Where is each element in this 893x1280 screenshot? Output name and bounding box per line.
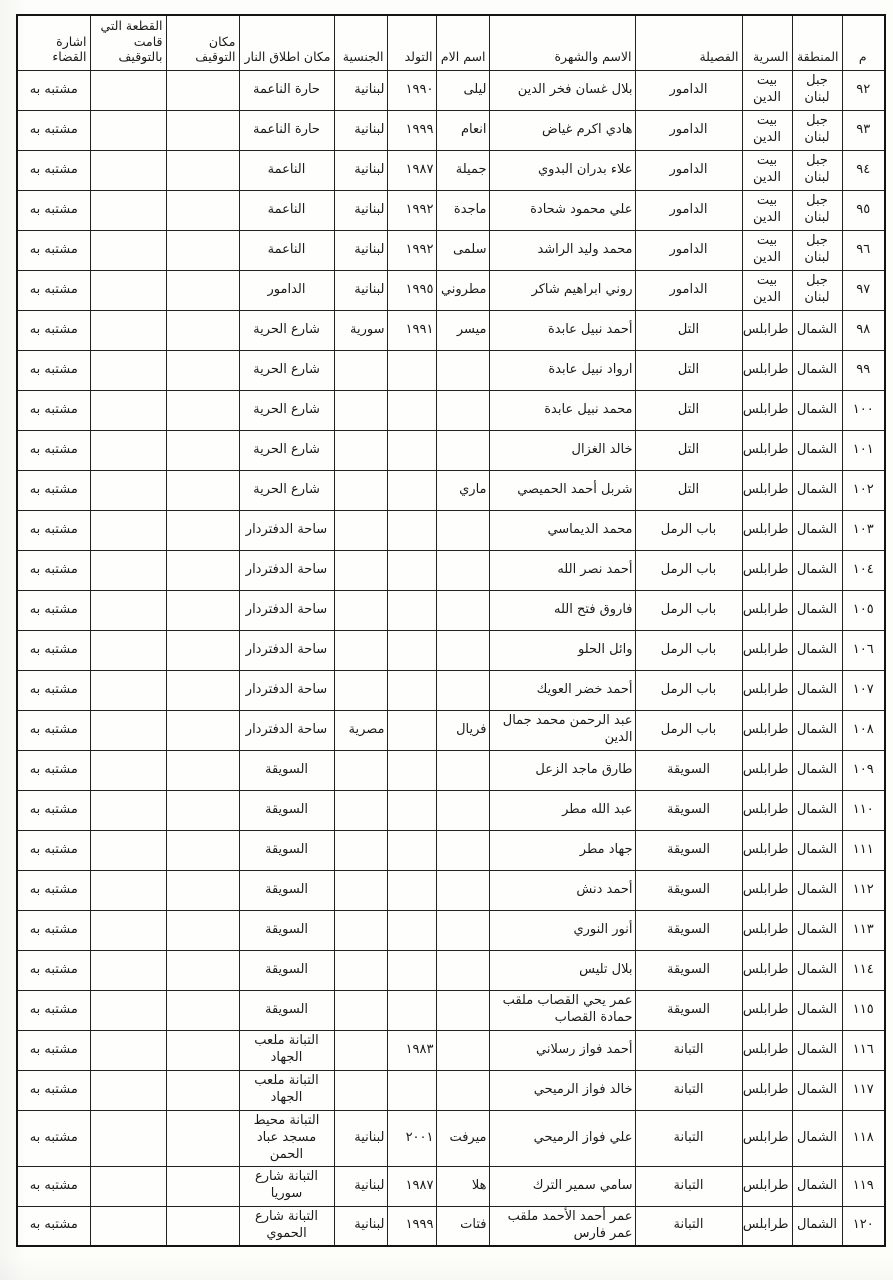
cell-mother: فريال (436, 710, 489, 750)
cell-platoon: التل (635, 350, 742, 390)
cell-unit (90, 110, 166, 150)
cell-platoon: التبانة (635, 1206, 742, 1246)
cell-num: ٩٦ (842, 230, 885, 270)
cell-nat: لبنانية (334, 230, 387, 270)
cell-shoot: التبانة شارع الحموي (239, 1206, 334, 1246)
cell-region: جبل لبنان (792, 150, 842, 190)
cell-num: ٩٢ (842, 70, 885, 110)
table-row: ٩٣جبل لبنانبيت الدينالدامورهادي اكرم غيا… (17, 110, 885, 150)
cell-shoot: شارع الحرية (239, 430, 334, 470)
cell-nat: لبنانية (334, 190, 387, 230)
cell-nat (334, 350, 387, 390)
cell-shoot: السويقة (239, 950, 334, 990)
cell-shoot: شارع الحرية (239, 470, 334, 510)
cell-company: طرابلس (742, 390, 792, 430)
cell-name: محمد وليد الراشد (489, 230, 635, 270)
cell-birth (387, 830, 436, 870)
cell-shoot: السويقة (239, 790, 334, 830)
cell-unit (90, 870, 166, 910)
cell-birth: ١٩٩٥ (387, 270, 436, 310)
cell-num: ١٢٠ (842, 1206, 885, 1246)
cell-company: بيت الدين (742, 70, 792, 110)
column-header-name: الاسم والشهرة (489, 15, 635, 70)
cell-mother: ميرفت (436, 1110, 489, 1166)
cell-nat (334, 790, 387, 830)
table-row: ٩٩الشمالطرابلسالتلارواد نبيل عابدةشارع ا… (17, 350, 885, 390)
cell-arrplace (166, 70, 239, 110)
cell-arrplace (166, 110, 239, 150)
cell-unit (90, 990, 166, 1030)
cell-name: هادي اكرم غياض (489, 110, 635, 150)
cell-unit (90, 750, 166, 790)
cell-region: جبل لبنان (792, 70, 842, 110)
cell-shoot: التبانة شارع سوريا (239, 1166, 334, 1206)
cell-judicial: مشتبه به (17, 190, 90, 230)
cell-unit (90, 190, 166, 230)
cell-judicial: مشتبه به (17, 710, 90, 750)
cell-unit (90, 590, 166, 630)
cell-region: الشمال (792, 990, 842, 1030)
cell-nat: لبنانية (334, 270, 387, 310)
cell-num: ١١٤ (842, 950, 885, 990)
column-header-arrplace: مكان التوقيف (166, 15, 239, 70)
cell-arrplace (166, 1070, 239, 1110)
cell-nat: لبنانية (334, 150, 387, 190)
cell-birth (387, 350, 436, 390)
cell-arrplace (166, 470, 239, 510)
cell-judicial: مشتبه به (17, 1206, 90, 1246)
cell-platoon: الدامور (635, 270, 742, 310)
cell-judicial: مشتبه به (17, 950, 90, 990)
cell-shoot: ساحة الدفتردار (239, 510, 334, 550)
cell-company: بيت الدين (742, 190, 792, 230)
cell-unit (90, 830, 166, 870)
cell-birth: ١٩٩١ (387, 310, 436, 350)
cell-name: وائل الحلو (489, 630, 635, 670)
cell-region: الشمال (792, 1030, 842, 1070)
cell-name: علي فواز الرميحي (489, 1110, 635, 1166)
cell-platoon: باب الرمل (635, 590, 742, 630)
column-header-num: م (842, 15, 885, 70)
cell-company: طرابلس (742, 790, 792, 830)
table-row: ١١٢الشمالطرابلسالسويقةأحمد دنشالسويقةمشت… (17, 870, 885, 910)
cell-platoon: التبانة (635, 1030, 742, 1070)
cell-company: طرابلس (742, 950, 792, 990)
cell-company: طرابلس (742, 510, 792, 550)
column-header-platoon: الفصيلة (635, 15, 742, 70)
cell-birth: ١٩٨٧ (387, 150, 436, 190)
cell-mother (436, 1070, 489, 1110)
cell-company: طرابلس (742, 1110, 792, 1166)
table-row: ١٠٩الشمالطرابلسالسويقةطارق ماجد الزعلالس… (17, 750, 885, 790)
cell-shoot: التبانة محيط مسجد عباد الحمن (239, 1110, 334, 1166)
table-row: ٩٨الشمالطرابلسالتلأحمد نبيل عابدةميسر١٩٩… (17, 310, 885, 350)
cell-name: عبد الله مطر (489, 790, 635, 830)
cell-company: طرابلس (742, 350, 792, 390)
cell-region: الشمال (792, 790, 842, 830)
cell-name: بلال غسان فخر الدين (489, 70, 635, 110)
cell-shoot: ساحة الدفتردار (239, 710, 334, 750)
cell-arrplace (166, 510, 239, 550)
cell-unit (90, 390, 166, 430)
cell-nat (334, 750, 387, 790)
cell-num: ٩٩ (842, 350, 885, 390)
cell-platoon: الدامور (635, 190, 742, 230)
cell-nat: لبنانية (334, 1110, 387, 1166)
cell-num: ١٠٦ (842, 630, 885, 670)
cell-shoot: السويقة (239, 910, 334, 950)
cell-birth (387, 950, 436, 990)
cell-nat: لبنانية (334, 1206, 387, 1246)
cell-birth (387, 710, 436, 750)
cell-unit (90, 630, 166, 670)
cell-nat: لبنانية (334, 70, 387, 110)
cell-mother: فتات (436, 1206, 489, 1246)
cell-judicial: مشتبه به (17, 550, 90, 590)
column-header-judicial: اشارة القضاء (17, 15, 90, 70)
cell-company: طرابلس (742, 550, 792, 590)
cell-nat (334, 1070, 387, 1110)
cell-nat (334, 390, 387, 430)
cell-mother (436, 870, 489, 910)
cell-nat (334, 510, 387, 550)
cell-name: أحمد نصر الله (489, 550, 635, 590)
table-row: ٩٦جبل لبنانبيت الدينالدامورمحمد وليد الر… (17, 230, 885, 270)
table-row: ٩٤جبل لبنانبيت الدينالدامورعلاء بدران ال… (17, 150, 885, 190)
cell-platoon: التل (635, 430, 742, 470)
cell-birth (387, 550, 436, 590)
cell-region: الشمال (792, 470, 842, 510)
cell-unit (90, 150, 166, 190)
cell-judicial: مشتبه به (17, 750, 90, 790)
column-header-nat: الجنسية (334, 15, 387, 70)
cell-name: طارق ماجد الزعل (489, 750, 635, 790)
cell-num: ١٠٢ (842, 470, 885, 510)
cell-region: الشمال (792, 310, 842, 350)
cell-unit (90, 310, 166, 350)
cell-company: طرابلس (742, 470, 792, 510)
cell-birth (387, 430, 436, 470)
cell-company: طرابلس (742, 670, 792, 710)
cell-num: ١٠٥ (842, 590, 885, 630)
cell-region: جبل لبنان (792, 270, 842, 310)
cell-judicial: مشتبه به (17, 590, 90, 630)
cell-name: أحمد خضر العويك (489, 670, 635, 710)
table-row: ١٠١الشمالطرابلسالتلخالد الغزالشارع الحري… (17, 430, 885, 470)
cell-arrplace (166, 350, 239, 390)
table-row: ١٠٥الشمالطرابلسباب الرملفاروق فتح اللهسا… (17, 590, 885, 630)
cell-judicial: مشتبه به (17, 470, 90, 510)
cell-birth: ١٩٨٧ (387, 1166, 436, 1206)
cell-shoot: حارة الناعمة (239, 70, 334, 110)
cell-company: طرابلس (742, 1070, 792, 1110)
cell-shoot: السويقة (239, 830, 334, 870)
cell-region: جبل لبنان (792, 190, 842, 230)
cell-shoot: التبانة ملعب الجهاد (239, 1070, 334, 1110)
cell-region: الشمال (792, 750, 842, 790)
table-row: ٩٧جبل لبنانبيت الدينالدامورروني ابراهيم … (17, 270, 885, 310)
table-row: ١١٨الشمالطرابلسالتبانةعلي فواز الرميحيمي… (17, 1110, 885, 1166)
cell-company: طرابلس (742, 310, 792, 350)
cell-arrplace (166, 670, 239, 710)
cell-platoon: التبانة (635, 1166, 742, 1206)
table-row: ١٠٧الشمالطرابلسباب الرملأحمد خضر العويكس… (17, 670, 885, 710)
cell-platoon: التل (635, 310, 742, 350)
cell-arrplace (166, 830, 239, 870)
cell-nat (334, 830, 387, 870)
table-row: ١١٤الشمالطرابلسالسويقةبلال تليسالسويقةمش… (17, 950, 885, 990)
cell-num: ١٠٨ (842, 710, 885, 750)
cell-shoot: التبانة ملعب الجهاد (239, 1030, 334, 1070)
cell-birth: ١٩٩٩ (387, 110, 436, 150)
cell-birth: ١٩٩٩ (387, 1206, 436, 1246)
cell-num: ١٠١ (842, 430, 885, 470)
cell-nat (334, 630, 387, 670)
cell-shoot: الناعمة (239, 190, 334, 230)
cell-platoon: باب الرمل (635, 710, 742, 750)
cell-num: ١١٢ (842, 870, 885, 910)
cell-unit (90, 430, 166, 470)
cell-judicial: مشتبه به (17, 510, 90, 550)
cell-mother (436, 950, 489, 990)
cell-judicial: مشتبه به (17, 70, 90, 110)
cell-company: طرابلس (742, 430, 792, 470)
table-row: ١٢٠الشمالطرابلسالتبانةعمر أحمد الأحمد مل… (17, 1206, 885, 1246)
cell-num: ١٠٠ (842, 390, 885, 430)
cell-arrplace (166, 990, 239, 1030)
cell-name: فاروق فتح الله (489, 590, 635, 630)
column-header-region: المنطقة (792, 15, 842, 70)
cell-platoon: الدامور (635, 150, 742, 190)
cell-arrplace (166, 1030, 239, 1070)
cell-arrplace (166, 1166, 239, 1206)
cell-platoon: السويقة (635, 990, 742, 1030)
cell-birth (387, 510, 436, 550)
cell-region: الشمال (792, 550, 842, 590)
cell-mother (436, 670, 489, 710)
cell-company: طرابلس (742, 590, 792, 630)
cell-mother: ليلى (436, 70, 489, 110)
cell-mother (436, 630, 489, 670)
cell-num: ١١٨ (842, 1110, 885, 1166)
cell-unit (90, 510, 166, 550)
cell-num: ١٠٩ (842, 750, 885, 790)
cell-name: خالد فواز الرميحي (489, 1070, 635, 1110)
cell-nat (334, 590, 387, 630)
cell-nat: مصرية (334, 710, 387, 750)
cell-region: الشمال (792, 630, 842, 670)
cell-arrplace (166, 230, 239, 270)
cell-region: الشمال (792, 830, 842, 870)
cell-shoot: حارة الناعمة (239, 110, 334, 150)
cell-name: عبد الرحمن محمد جمال الدين (489, 710, 635, 750)
cell-region: جبل لبنان (792, 110, 842, 150)
cell-unit (90, 950, 166, 990)
cell-num: ١١٠ (842, 790, 885, 830)
cell-num: ٩٤ (842, 150, 885, 190)
cell-mother (436, 830, 489, 870)
suspects-records-table: مالمنطقةالسريةالفصيلةالاسم والشهرةاسم ال… (16, 14, 886, 1247)
cell-birth (387, 590, 436, 630)
cell-name: خالد الغزال (489, 430, 635, 470)
cell-judicial: مشتبه به (17, 1166, 90, 1206)
cell-arrplace (166, 550, 239, 590)
cell-judicial: مشتبه به (17, 870, 90, 910)
cell-mother (436, 750, 489, 790)
cell-mother: هلا (436, 1166, 489, 1206)
table-row: ١١٦الشمالطرابلسالتبانةأحمد فواز رسلاني١٩… (17, 1030, 885, 1070)
cell-region: جبل لبنان (792, 230, 842, 270)
cell-num: ١٠٤ (842, 550, 885, 590)
cell-region: الشمال (792, 1206, 842, 1246)
cell-judicial: مشتبه به (17, 270, 90, 310)
cell-num: ٩٥ (842, 190, 885, 230)
cell-platoon: الدامور (635, 230, 742, 270)
cell-arrplace (166, 310, 239, 350)
cell-mother: سلمى (436, 230, 489, 270)
cell-platoon: التل (635, 390, 742, 430)
cell-birth: ١٩٨٣ (387, 1030, 436, 1070)
cell-arrplace (166, 390, 239, 430)
cell-platoon: الدامور (635, 70, 742, 110)
cell-judicial: مشتبه به (17, 1030, 90, 1070)
table-row: ١٠٨الشمالطرابلسباب الرملعبد الرحمن محمد … (17, 710, 885, 750)
cell-company: طرابلس (742, 830, 792, 870)
table-row: ٩٥جبل لبنانبيت الدينالدامورعلي محمود شحا… (17, 190, 885, 230)
cell-birth (387, 630, 436, 670)
cell-num: ١٠٣ (842, 510, 885, 550)
cell-mother: ماري (436, 470, 489, 510)
cell-shoot: الناعمة (239, 150, 334, 190)
cell-region: الشمال (792, 670, 842, 710)
cell-platoon: السويقة (635, 910, 742, 950)
cell-unit (90, 1166, 166, 1206)
table-row: ١٠٠الشمالطرابلسالتلمحمد نبيل عابدةشارع ا… (17, 390, 885, 430)
cell-birth: ١٩٩٢ (387, 190, 436, 230)
cell-nat (334, 870, 387, 910)
cell-mother (436, 590, 489, 630)
cell-birth (387, 870, 436, 910)
cell-mother: جميلة (436, 150, 489, 190)
cell-unit (90, 910, 166, 950)
cell-platoon: التل (635, 470, 742, 510)
cell-region: الشمال (792, 350, 842, 390)
cell-judicial: مشتبه به (17, 990, 90, 1030)
table-row: ١١١الشمالطرابلسالسويقةجهاد مطرالسويقةمشت… (17, 830, 885, 870)
cell-platoon: الدامور (635, 110, 742, 150)
table-row: ١١٩الشمالطرابلسالتبانةسامي سمير التركهلا… (17, 1166, 885, 1206)
cell-mother (436, 390, 489, 430)
cell-judicial: مشتبه به (17, 630, 90, 670)
cell-num: ١١١ (842, 830, 885, 870)
cell-unit (90, 670, 166, 710)
cell-nat (334, 550, 387, 590)
cell-mother (436, 990, 489, 1030)
cell-nat (334, 670, 387, 710)
cell-unit (90, 230, 166, 270)
cell-shoot: شارع الحرية (239, 310, 334, 350)
column-header-birth: التولد (387, 15, 436, 70)
cell-unit (90, 70, 166, 110)
cell-arrplace (166, 1110, 239, 1166)
cell-nat: لبنانية (334, 1166, 387, 1206)
cell-arrplace (166, 750, 239, 790)
column-header-unit: القطعة التي قامت بالتوقيف (90, 15, 166, 70)
cell-unit (90, 270, 166, 310)
cell-birth (387, 750, 436, 790)
table-body: ٩٢جبل لبنانبيت الدينالداموربلال غسان فخر… (17, 70, 885, 1246)
cell-shoot: السويقة (239, 990, 334, 1030)
cell-nat (334, 430, 387, 470)
cell-num: ١١٩ (842, 1166, 885, 1206)
table-row: ١١٠الشمالطرابلسالسويقةعبد الله مطرالسويق… (17, 790, 885, 830)
cell-shoot: شارع الحرية (239, 350, 334, 390)
cell-unit (90, 350, 166, 390)
cell-arrplace (166, 150, 239, 190)
cell-platoon: التبانة (635, 1110, 742, 1166)
table-row: ١٠٦الشمالطرابلسباب الرملوائل الحلوساحة ا… (17, 630, 885, 670)
cell-num: ٩٣ (842, 110, 885, 150)
cell-name: سامي سمير الترك (489, 1166, 635, 1206)
cell-shoot: ساحة الدفتردار (239, 670, 334, 710)
column-header-shoot: مكان اطلاق النار (239, 15, 334, 70)
cell-mother: ميسر (436, 310, 489, 350)
cell-mother (436, 790, 489, 830)
cell-region: الشمال (792, 430, 842, 470)
cell-name: أنور النوري (489, 910, 635, 950)
table-row: ١١٥الشمالطرابلسالسويقةعمر يحي القصاب ملق… (17, 990, 885, 1030)
cell-region: الشمال (792, 1166, 842, 1206)
cell-unit (90, 790, 166, 830)
cell-company: طرابلس (742, 1030, 792, 1070)
cell-shoot: ساحة الدفتردار (239, 630, 334, 670)
cell-num: ١١٣ (842, 910, 885, 950)
cell-shoot: ساحة الدفتردار (239, 590, 334, 630)
cell-name: أحمد نبيل عابدة (489, 310, 635, 350)
cell-name: روني ابراهيم شاكر (489, 270, 635, 310)
cell-unit (90, 470, 166, 510)
cell-judicial: مشتبه به (17, 1070, 90, 1110)
cell-birth (387, 390, 436, 430)
cell-shoot: شارع الحرية (239, 390, 334, 430)
cell-company: طرابلس (742, 710, 792, 750)
table-row: ١٠٤الشمالطرابلسباب الرملأحمد نصر اللهساح… (17, 550, 885, 590)
cell-name: علاء بدران البدوي (489, 150, 635, 190)
cell-region: الشمال (792, 1070, 842, 1110)
cell-name: بلال تليس (489, 950, 635, 990)
cell-num: ٩٧ (842, 270, 885, 310)
cell-company: بيت الدين (742, 270, 792, 310)
cell-company: طرابلس (742, 1166, 792, 1206)
cell-name: محمد الديماسي (489, 510, 635, 550)
cell-unit (90, 550, 166, 590)
cell-birth: ١٩٩٢ (387, 230, 436, 270)
cell-arrplace (166, 710, 239, 750)
cell-region: الشمال (792, 950, 842, 990)
cell-region: الشمال (792, 390, 842, 430)
cell-platoon: باب الرمل (635, 630, 742, 670)
cell-mother: مطروني (436, 270, 489, 310)
cell-mother (436, 510, 489, 550)
cell-company: بيت الدين (742, 110, 792, 150)
cell-company: طرابلس (742, 750, 792, 790)
cell-birth (387, 670, 436, 710)
cell-name: أحمد دنش (489, 870, 635, 910)
cell-mother (436, 430, 489, 470)
cell-judicial: مشتبه به (17, 110, 90, 150)
cell-arrplace (166, 190, 239, 230)
cell-unit (90, 1206, 166, 1246)
